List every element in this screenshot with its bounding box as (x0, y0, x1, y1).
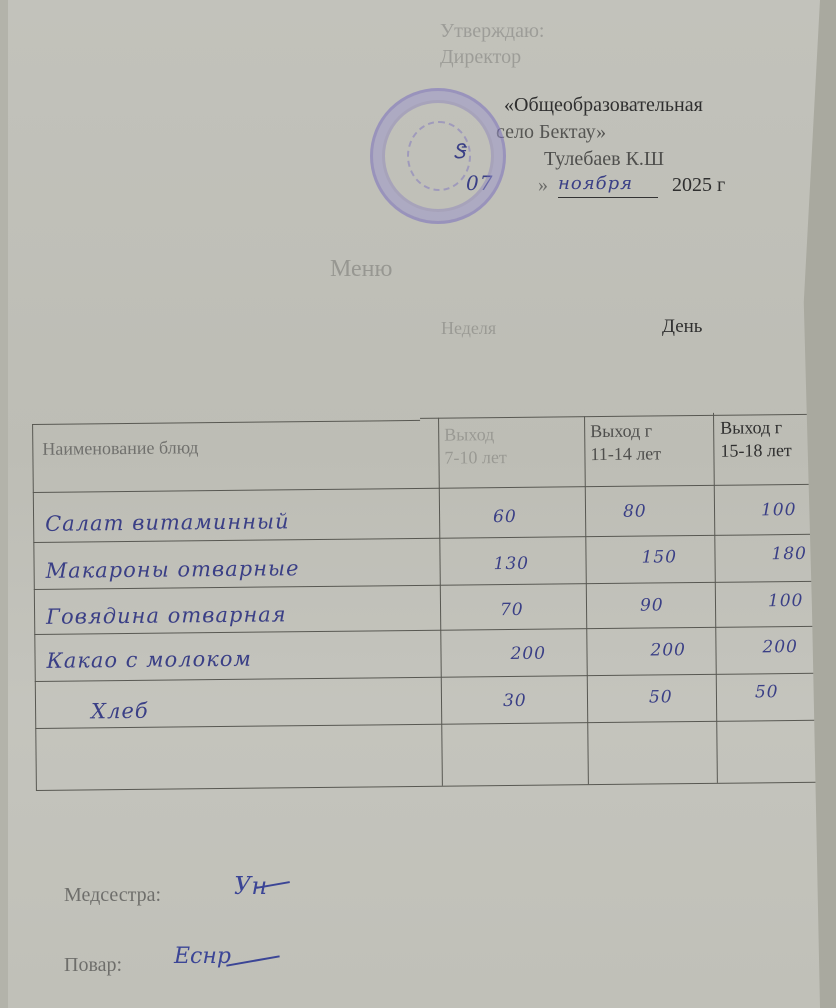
table-border (32, 424, 37, 790)
approval-organization-line2: село Бектау» (496, 119, 606, 146)
header-age-11-14-line1: Выход г (590, 419, 661, 443)
table-row-2-dish: Макароны отварные (45, 556, 299, 583)
cook-label: Повар: (64, 954, 122, 977)
approval-signer: Тулебаев К.Ш (544, 146, 664, 173)
header-age-7-10: Выход 7-10 лет (444, 423, 507, 470)
header-age-11-14: Выход г 11-14 лет (590, 419, 661, 466)
column-line (438, 418, 443, 786)
table-row-1-dish: Салат витаминный (45, 509, 290, 536)
document-page: Утверждаю: Директор «Общеобразовательная… (8, 0, 820, 1008)
approval-date-close-quote: » (538, 172, 548, 199)
header-age-15-18-line1: Выход г (720, 416, 792, 440)
table-row-3-age-11-14: 90 (640, 595, 664, 615)
day-label: День (662, 316, 702, 338)
table-row-1-age-11-14: 80 (623, 502, 647, 522)
nurse-label: Медсестра: (64, 884, 161, 907)
official-seal-icon: Ꮥ (370, 88, 506, 224)
page-title: Меню (330, 256, 392, 283)
table-row-5-age-15-18: 50 (755, 682, 779, 702)
header-age-15-18-line2: 15-18 лет (720, 439, 792, 463)
table-row-5-age-7-10: 30 (503, 691, 527, 711)
approval-date-year: 2025 г (672, 172, 725, 199)
row-line (34, 581, 830, 590)
row-line (35, 673, 831, 682)
table-row-4-dish: Какао с молоком (46, 647, 252, 673)
table-row-3-age-7-10: 70 (500, 600, 524, 620)
approval-organization-line1: «Общеобразовательная (504, 92, 703, 119)
table-row-5-age-11-14: 50 (649, 687, 673, 707)
table-border (32, 420, 420, 425)
table-row-3-dish: Говядина отварная (46, 602, 287, 629)
table-row-5-dish: Хлеб (91, 699, 149, 724)
table-border (33, 484, 829, 493)
approval-date-month: ноября (558, 170, 658, 198)
page-title-text: Меню (330, 256, 392, 282)
seal-signature-icon: Ꮥ (453, 139, 466, 163)
column-line (713, 413, 718, 783)
table-row-2-age-7-10: 130 (493, 554, 529, 574)
table-row-2-age-11-14: 150 (641, 547, 677, 567)
approval-heading: Утверждаю: (440, 18, 544, 45)
table-border (36, 782, 832, 791)
header-age-15-18: Выход г 15-18 лет (720, 416, 792, 463)
header-dish-name: Наименование блюд (42, 436, 198, 461)
header-age-7-10-line2: 7-10 лет (444, 446, 507, 470)
table-row-2-age-15-18: 180 (771, 544, 807, 564)
background-surface (0, 0, 9, 1008)
header-age-7-10-line1: Выход (444, 423, 507, 447)
table-border (828, 412, 833, 782)
table-row-1-age-7-10: 60 (493, 507, 517, 527)
week-label: Неделя (441, 318, 496, 339)
menu-table: Наименование блюд Выход 7-10 лет Выход г… (30, 408, 836, 806)
row-line (33, 534, 829, 543)
table-row-1-age-15-18: 100 (761, 500, 797, 520)
approval-position: Директор (440, 44, 521, 71)
column-line (584, 416, 589, 784)
table-row-4-age-11-14: 200 (650, 640, 686, 660)
row-line (35, 720, 831, 729)
table-row-4-age-7-10: 200 (510, 644, 546, 664)
table-row-4-age-15-18: 200 (762, 637, 798, 657)
cook-signature: Еснр (174, 944, 231, 969)
cook-signature-stroke (226, 955, 280, 966)
table-row-3-age-15-18: 100 (768, 591, 804, 611)
header-age-11-14-line2: 11-14 лет (590, 442, 661, 466)
